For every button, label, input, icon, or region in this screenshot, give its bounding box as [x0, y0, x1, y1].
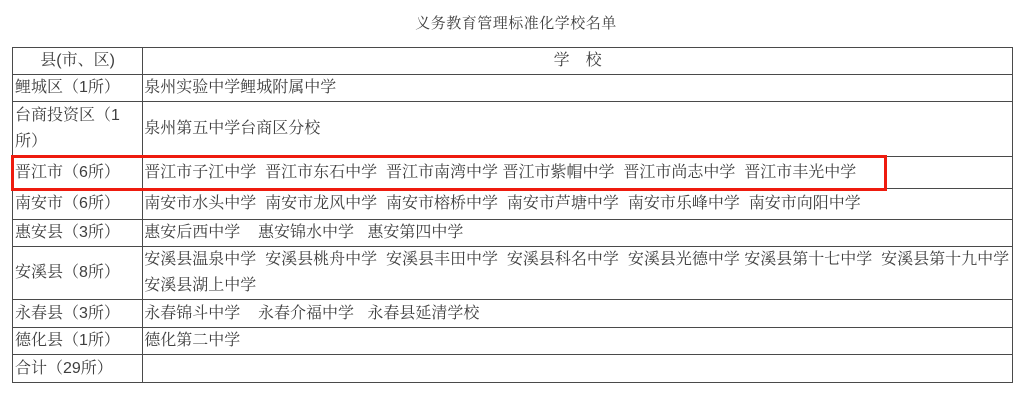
schools-cell: 南安市水头中学 南安市龙风中学 南安市榕桥中学 南安市芦塘中学 南安市乐峰中学 …: [143, 189, 1013, 220]
table-row: 鲤城区（1所） 泉州实验中学鲤城附属中学: [13, 75, 1013, 102]
schools-cell: 泉州第五中学台商区分校: [143, 102, 1013, 157]
schools-table: 县(市、区) 学 校 鲤城区（1所） 泉州实验中学鲤城附属中学 台商投资区（1所…: [12, 47, 1013, 383]
table-row: 合计（29所）: [13, 355, 1013, 383]
schools-cell: 安溪县温泉中学 安溪县桃舟中学 安溪县丰田中学 安溪县科名中学 安溪县光德中学 …: [143, 247, 1013, 300]
county-cell: 德化县（1所）: [13, 328, 143, 355]
schools-cell: 德化第二中学: [143, 328, 1013, 355]
table-row: 晋江市（6所） 晋江市子江中学 晋江市东石中学 晋江市南湾中学 晋江市紫帽中学 …: [13, 157, 1013, 189]
county-cell: 台商投资区（1所）: [13, 102, 143, 157]
schools-cell: 惠安后西中学 惠安锦水中学 惠安第四中学: [143, 220, 1013, 247]
page: 义务教育管理标准化学校名单 县(市、区) 学 校 鲤城区（1所） 泉州实验中学鲤…: [0, 0, 1032, 404]
page-title: 义务教育管理标准化学校名单: [0, 0, 1032, 34]
header-row: 县(市、区) 学 校: [13, 48, 1013, 75]
county-cell: 鲤城区（1所）: [13, 75, 143, 102]
table-row: 南安市（6所） 南安市水头中学 南安市龙风中学 南安市榕桥中学 南安市芦塘中学 …: [13, 189, 1013, 220]
schools-cell: [143, 355, 1013, 383]
county-cell: 惠安县（3所）: [13, 220, 143, 247]
table-row: 台商投资区（1所） 泉州第五中学台商区分校: [13, 102, 1013, 157]
county-cell: 晋江市（6所）: [13, 157, 143, 189]
county-cell: 安溪县（8所）: [13, 247, 143, 300]
county-cell: 南安市（6所）: [13, 189, 143, 220]
header-county: 县(市、区): [13, 48, 143, 75]
table-row: 安溪县（8所） 安溪县温泉中学 安溪县桃舟中学 安溪县丰田中学 安溪县科名中学 …: [13, 247, 1013, 300]
county-cell: 合计（29所）: [13, 355, 143, 383]
header-schools: 学 校: [143, 48, 1013, 75]
schools-cell: 永春锦斗中学 永春介福中学 永春县延清学校: [143, 300, 1013, 328]
schools-cell: 晋江市子江中学 晋江市东石中学 晋江市南湾中学 晋江市紫帽中学 晋江市尚志中学 …: [143, 157, 1013, 189]
schools-cell: 泉州实验中学鲤城附属中学: [143, 75, 1013, 102]
county-cell: 永春县（3所）: [13, 300, 143, 328]
table-row: 德化县（1所） 德化第二中学: [13, 328, 1013, 355]
table-row: 永春县（3所） 永春锦斗中学 永春介福中学 永春县延清学校: [13, 300, 1013, 328]
table-row: 惠安县（3所） 惠安后西中学 惠安锦水中学 惠安第四中学: [13, 220, 1013, 247]
